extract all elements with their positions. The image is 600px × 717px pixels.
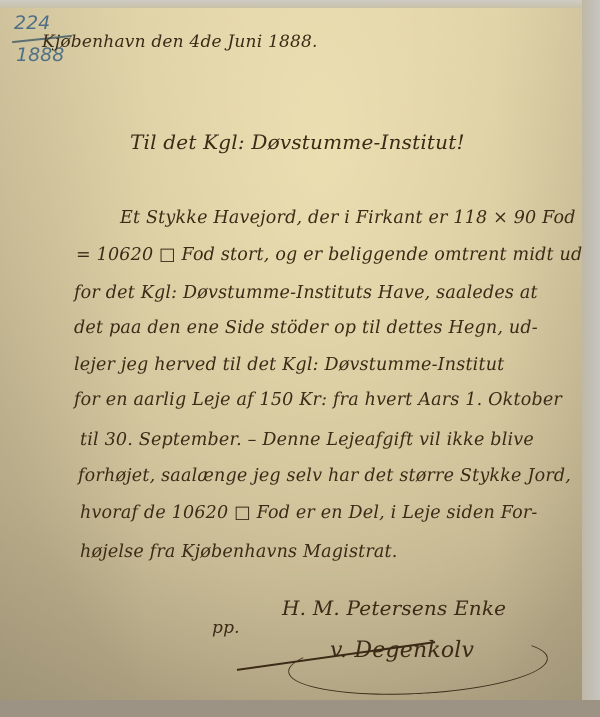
body-line: højelse fra Kjøbenhavns Magistrat.: [80, 542, 398, 562]
salutation: Til det Kgl: Døvstumme-Institut!: [130, 130, 465, 154]
body-line: det paa den ene Side stöder op til dette…: [74, 318, 538, 338]
scan-right-edge: [582, 0, 600, 717]
signature-second-line: v. Degenkolv: [330, 638, 474, 663]
body-line: hvoraf de 10620 □ Fod er en Del, i Leje …: [80, 503, 538, 523]
body-line: til 30. September. – Denne Lejeafgift vi…: [80, 430, 534, 450]
dateline: Kjøbenhavn den 4de Juni 1888.: [42, 32, 318, 52]
scan-bottom-edge: [0, 700, 600, 717]
signature-prefix: pp.: [212, 618, 240, 638]
archive-number: 224: [14, 12, 50, 34]
body-line: for det Kgl: Døvstumme-Instituts Have, s…: [74, 283, 538, 303]
body-line: Et Stykke Havejord, der i Firkant er 118…: [120, 208, 576, 228]
body-line: = 10620 □ Fod stort, og er beliggende om…: [76, 245, 582, 265]
body-line: forhøjet, saalænge jeg selv har det stør…: [78, 466, 571, 486]
body-line: lejer jeg herved til det Kgl: Døvstumme-…: [74, 355, 504, 375]
body-line: for en aarlig Leje af 150 Kr: fra hvert …: [74, 390, 562, 410]
signature-name: H. M. Petersens Enke: [282, 596, 506, 620]
